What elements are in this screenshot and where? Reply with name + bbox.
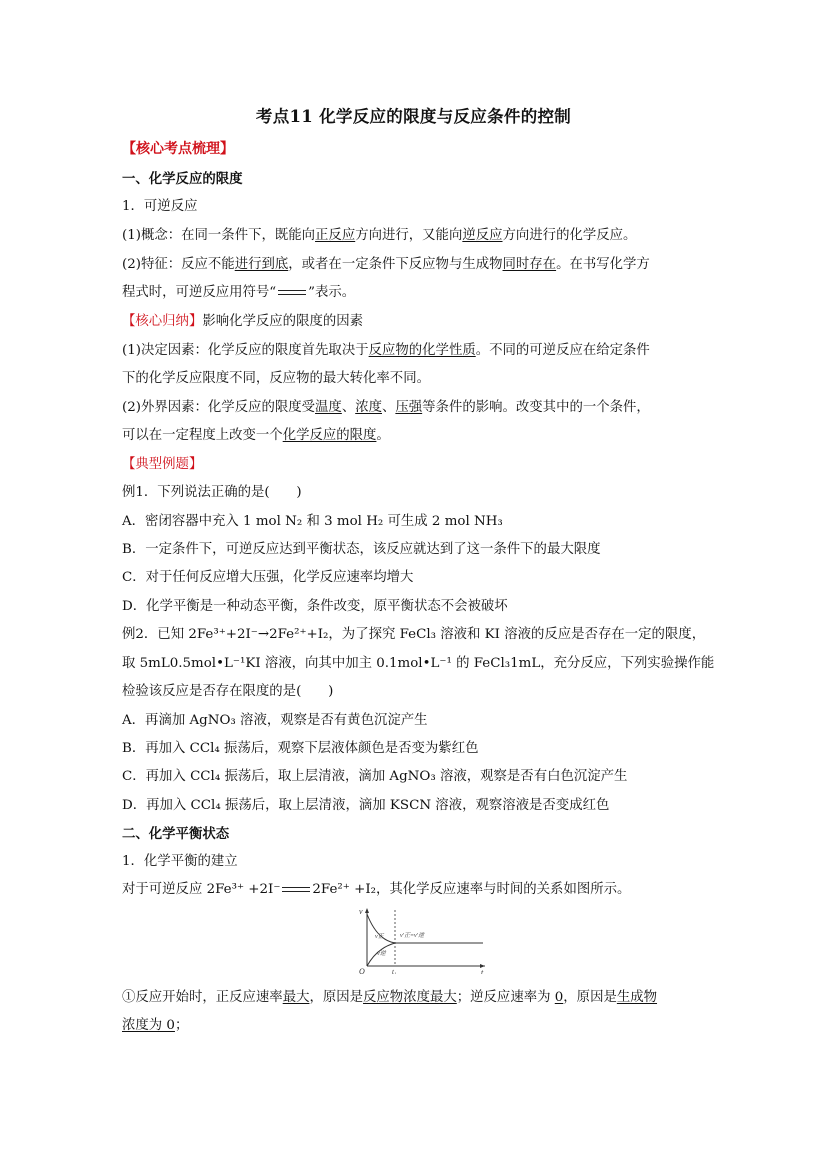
- feature-line-1: (2)特征：反应不能进行到底，或者在一定条件下反应物与生成物同时存在。在书写化学…: [122, 256, 650, 274]
- section-label-core: 【核心考点梳理】: [122, 140, 234, 158]
- example2-option-d: D．再加入 CCl₄ 振荡后，取上层清液，滴加 KSCN 溶液，观察溶液是否变成…: [122, 797, 609, 815]
- text: 方向进行的化学反应。: [503, 228, 637, 243]
- summary-p1-line1: (1)决定因素：化学反应的限度首先取决于反应物的化学性质。不同的可逆反应在给定条…: [122, 342, 650, 360]
- equilibrium-arrow-icon: [282, 886, 310, 894]
- text: (1)决定因素：化学反应的限度首先取决于: [122, 343, 369, 358]
- underlined-answer: 反应物浓度最大: [363, 990, 457, 1005]
- example1-question: 例1．下列说法正确的是( ): [122, 484, 302, 502]
- equal-rate-label: v'正=v'逆: [400, 931, 425, 939]
- t1-label: t₁: [392, 968, 396, 974]
- page-title: 考点11 化学反应的限度与反应条件的控制: [0, 103, 827, 127]
- text: 对于可逆反应 2Fe³⁺ +2I⁻: [122, 882, 280, 897]
- text: 、: [342, 400, 355, 415]
- point1-line1: ①反应开始时，正反应速率最大，原因是反应物浓度最大；逆反应速率为 0，原因是生成…: [122, 989, 657, 1007]
- text: ①反应开始时，正反应速率: [122, 990, 283, 1005]
- example1-option-b: B．一定条件下，可逆反应达到平衡状态，该反应就达到了这一条件下的最大限度: [122, 541, 601, 559]
- text: 。: [376, 428, 389, 443]
- heading-equilibrium: 二、化学平衡状态: [122, 825, 229, 843]
- underlined-answer: 温度: [315, 400, 342, 415]
- example2-option-a: A．再滴加 AgNO₃ 溶液，观察是否有黄色沉淀产生: [122, 712, 428, 730]
- example2-option-b: B．再加入 CCl₄ 振荡后，观察下层液体颜色是否变为紫红色: [122, 740, 478, 758]
- text: 、: [382, 400, 395, 415]
- summary-p2-line1: (2)外界因素：化学反应的限度受温度、浓度、压强等条件的影响。改变其中的一个条件…: [122, 399, 650, 417]
- underlined-answer: 逆反应: [462, 228, 502, 243]
- text: ”表示。: [308, 285, 355, 300]
- document-page: 考点11 化学反应的限度与反应条件的控制 【核心考点梳理】 一、化学反应的限度 …: [0, 0, 827, 1169]
- equilibrium-line: 对于可逆反应 2Fe³⁺ +2I⁻2Fe²⁺ +I₂，其化学反应速率与时间的关系…: [122, 881, 630, 899]
- summary-p1-line2: 下的化学反应限度不同，反应物的最大转化率不同。: [122, 370, 430, 388]
- example1-option-a: A．密闭容器中充入 1 mol N₂ 和 3 mol H₂ 可生成 2 mol …: [122, 513, 503, 531]
- text: (1)概念：在同一条件下，既能向: [122, 228, 315, 243]
- x-axis-label: t: [481, 968, 484, 974]
- text: 。在书写化学方: [556, 257, 650, 272]
- text: (2)特征：反应不能: [122, 257, 235, 272]
- underlined-answer: 正反应: [315, 228, 355, 243]
- underlined-answer: 生成物: [617, 990, 657, 1005]
- text: ；: [175, 1018, 188, 1033]
- section-label-summary: 【核心归纳】: [122, 314, 202, 329]
- summary-p2-line2: 可以在一定程度上改变一个化学反应的限度。: [122, 427, 390, 445]
- example2-option-c: C．再加入 CCl₄ 振荡后，取上层清液，滴加 AgNO₃ 溶液，观察是否有白色…: [122, 768, 627, 786]
- example2-line3: 检验该反应是否存在限度的是( ): [122, 683, 333, 701]
- underlined-answer: 压强: [395, 400, 422, 415]
- example2-line1: 例2．已知 2Fe³⁺+2I⁻→2Fe²⁺+I₂，为了探究 FeCl₃ 溶液和 …: [122, 626, 705, 644]
- sub-equilibrium-establish: 1．化学平衡的建立: [122, 853, 238, 871]
- rate-time-graph: v t O t₁ v正 v逆 v'正=v'逆: [355, 904, 490, 974]
- example2-line2: 取 5mL0.5mol•L⁻¹KI 溶液，向其中加主 0.1mol•L⁻¹ 的 …: [122, 655, 714, 673]
- y-axis-label: v: [359, 907, 363, 916]
- underlined-answer: 反应物的化学性质: [369, 343, 476, 358]
- text: 程式时，可逆反应用符号“: [122, 285, 276, 300]
- text: ，原因是: [563, 990, 617, 1005]
- sub-reversible: 1．可逆反应: [122, 198, 197, 216]
- heading-limit: 一、化学反应的限度: [122, 170, 243, 188]
- underlined-answer: 浓度: [355, 400, 382, 415]
- forward-rate-label: v正: [375, 933, 385, 940]
- reverse-rate-label: v逆: [377, 949, 387, 957]
- example1-option-c: C．对于任何反应增大压强，化学反应速率均增大: [122, 569, 413, 587]
- section-label-examples: 【典型例题】: [122, 456, 202, 474]
- reversible-arrow-icon: [278, 289, 306, 297]
- text: 2Fe²⁺ +I₂，其化学反应速率与时间的关系如图所示。: [312, 882, 630, 897]
- origin-label: O: [359, 967, 365, 974]
- underlined-answer: 浓度为 0: [122, 1018, 175, 1033]
- underlined-answer: 同时存在: [503, 257, 557, 272]
- underlined-answer: 化学反应的限度: [283, 428, 377, 443]
- text: 等条件的影响。改变其中的一个条件，: [422, 400, 650, 415]
- text: 影响化学反应的限度的因素: [202, 314, 363, 329]
- feature-line-2: 程式时，可逆反应用符号“”表示。: [122, 284, 355, 302]
- text: ，或者在一定条件下反应物与生成物: [288, 257, 502, 272]
- text: 可以在一定程度上改变一个: [122, 428, 283, 443]
- text: 。不同的可逆反应在给定条件: [476, 343, 650, 358]
- summary-heading: 【核心归纳】影响化学反应的限度的因素: [122, 313, 363, 331]
- text: ，原因是: [309, 990, 363, 1005]
- rate-time-graph-svg: v t O t₁ v正 v逆 v'正=v'逆: [355, 904, 490, 974]
- example1-option-d: D．化学平衡是一种动态平衡，条件改变，原平衡状态不会被破坏: [122, 598, 508, 616]
- point1-line2: 浓度为 0；: [122, 1017, 188, 1035]
- concept-line: (1)概念：在同一条件下，既能向正反应方向进行，又能向逆反应方向进行的化学反应。: [122, 227, 636, 245]
- text: (2)外界因素：化学反应的限度受: [122, 400, 315, 415]
- underlined-answer: 最大: [283, 990, 310, 1005]
- text: 方向进行，又能向: [355, 228, 462, 243]
- underlined-answer: 进行到底: [235, 257, 289, 272]
- text: ；逆反应速率为: [457, 990, 555, 1005]
